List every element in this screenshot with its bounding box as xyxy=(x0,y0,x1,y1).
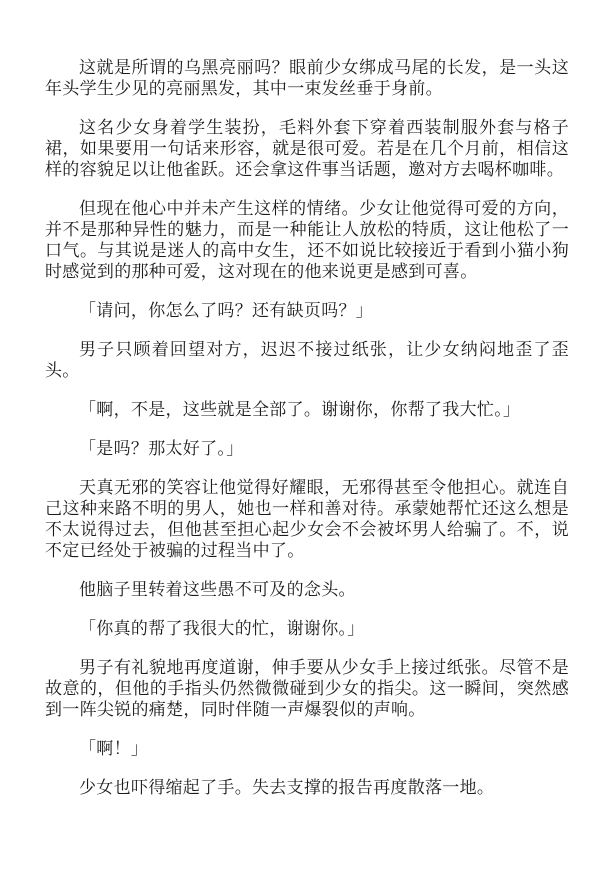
paragraph-narration: 这就是所谓的乌黑亮丽吗？眼前少女绑成马尾的长发，是一头这年头学生少见的亮丽黑发，… xyxy=(45,57,569,99)
paragraph-dialogue: 「啊！」 xyxy=(45,738,569,759)
paragraph-dialogue: 「啊，不是，这些就是全部了。谢谢你，你帮了我大忙。」 xyxy=(45,399,569,420)
paragraph-narration: 这名少女身着学生装扮，毛料外套下穿着西装制服外套与格子裙，如果要用一句话来形容，… xyxy=(45,117,569,180)
paragraph-narration: 天真无邪的笑容让他觉得好耀眼，无邪得甚至令他担心。就连自己这种来路不明的男人，她… xyxy=(45,477,569,561)
paragraph-narration: 男子有礼貌地再度道谢，伸手要从少女手上接过纸张。尽管不是故意的，但他的手指头仍然… xyxy=(45,657,569,720)
paragraph-dialogue: 「你真的帮了我很大的忙，谢谢你。」 xyxy=(45,618,569,639)
paragraph-dialogue: 「请问，你怎么了吗？还有缺页吗？」 xyxy=(45,300,569,321)
paragraph-narration: 少女也吓得缩起了手。失去支撑的报告再度散落一地。 xyxy=(45,777,569,798)
document-page: 这就是所谓的乌黑亮丽吗？眼前少女绑成马尾的长发，是一头这年头学生少见的亮丽黑发，… xyxy=(0,0,613,869)
paragraph-narration: 但现在他心中并未产生这样的情绪。少女让他觉得可爱的方向，并不是那种异性的魅力，而… xyxy=(45,198,569,282)
paragraph-narration: 男子只顾着回望对方，迟迟不接过纸张，让少女纳闷地歪了歪头。 xyxy=(45,339,569,381)
paragraph-narration: 他脑子里转着这些愚不可及的念头。 xyxy=(45,579,569,600)
paragraph-dialogue: 「是吗？那太好了。」 xyxy=(45,438,569,459)
